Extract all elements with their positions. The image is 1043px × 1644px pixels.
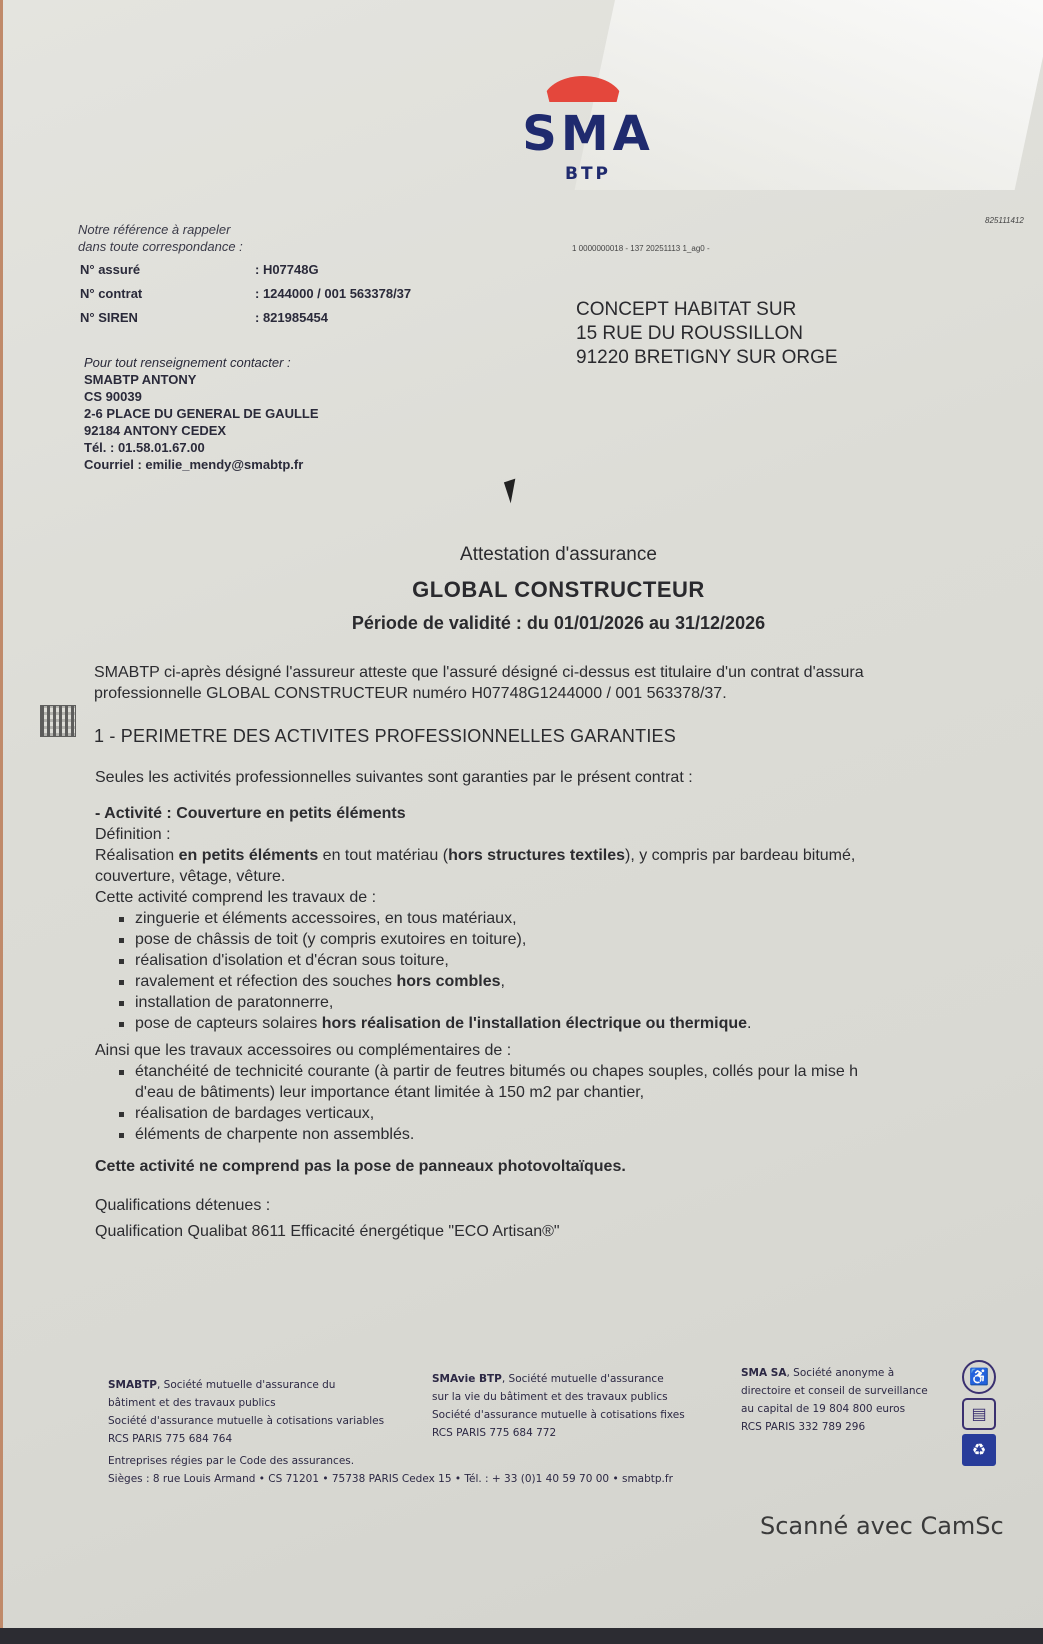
- logo-text: SMA: [493, 106, 683, 162]
- reference-row-contract: N° contrat : 1244000 / 001 563378/37: [80, 286, 142, 301]
- section-heading: 1 - PERIMETRE DES ACTIVITES PROFESSIONNE…: [94, 726, 676, 747]
- qualification: Qualification Qualibat 8611 Efficacité é…: [95, 1221, 560, 1242]
- recipient-address: CONCEPT HABITAT SUR 15 RUE DU ROUSSILLON…: [576, 298, 838, 370]
- page-edge: [0, 0, 3, 1644]
- mouse-cursor-icon: [504, 479, 522, 504]
- list-item: pose de châssis de toit (y compris exuto…: [115, 929, 855, 950]
- qualifications-label: Qualifications détenues :: [95, 1195, 270, 1216]
- footer-icons: ♿ ▤ ♻: [962, 1360, 1002, 1470]
- routing-code: 1 0000000018 - 137 20251113 1_ag0 -: [572, 244, 710, 253]
- includes-list: zinguerie et éléments accessoires, en to…: [115, 908, 855, 1034]
- list-item: étanchéité de technicité courante (à par…: [115, 1061, 858, 1103]
- footer-col-smavie: SMAvie BTP, Société mutuelle d'assurance…: [432, 1370, 685, 1442]
- recycle-bin-icon: ♻: [962, 1434, 996, 1466]
- list-item: ravalement et réfection des souches hors…: [115, 971, 855, 992]
- footer-col-smasa: SMA SA, Société anonyme à directoire et …: [741, 1364, 928, 1436]
- logo-subtext: BTP: [493, 164, 683, 184]
- scanner-watermark: Scanné avec CamSc: [760, 1512, 1004, 1540]
- activity-title: - Activité : Couverture en petits élémen…: [95, 803, 855, 824]
- list-item: installation de paratonnerre,: [115, 992, 855, 1013]
- photo-background-band: [0, 1628, 1043, 1644]
- corner-code: 825111412: [985, 216, 1024, 225]
- footer-col-smabtp: SMABTP, Société mutuelle d'assurance du …: [108, 1376, 384, 1448]
- list-item: réalisation d'isolation et d'écran sous …: [115, 950, 855, 971]
- list-item: zinguerie et éléments accessoires, en to…: [115, 908, 855, 929]
- intro-paragraph: SMABTP ci-après désigné l'assureur attes…: [94, 662, 864, 704]
- activity-block: - Activité : Couverture en petits élémen…: [95, 803, 855, 1034]
- accessory-block: Ainsi que les travaux accessoires ou com…: [95, 1040, 858, 1145]
- document-icon: ▤: [962, 1398, 996, 1430]
- section-lead: Seules les activités professionnelles su…: [95, 767, 693, 788]
- accessory-list: étanchéité de technicité courante (à par…: [115, 1061, 858, 1145]
- sma-btp-logo: SMA BTP: [493, 76, 683, 186]
- definition-text: Réalisation en petits éléments en tout m…: [95, 845, 855, 866]
- list-item: réalisation de bardages verticaux,: [115, 1103, 858, 1124]
- validity-period: Période de validité : du 01/01/2026 au 3…: [0, 613, 1043, 634]
- reference-intro: Notre référence à rappeler dans toute co…: [78, 221, 243, 255]
- logo-arc-icon: [543, 76, 623, 102]
- exclusion-note: Cette activité ne comprend pas la pose d…: [95, 1156, 626, 1177]
- reference-row-insured: N° assuré : H07748G: [80, 262, 140, 277]
- contact-email: Courriel : emilie_mendy@smabtp.fr: [84, 456, 319, 473]
- datamatrix-code-icon: [40, 705, 76, 737]
- list-item: pose de capteurs solaires hors réalisati…: [115, 1013, 855, 1034]
- product-title: GLOBAL CONSTRUCTEUR: [0, 577, 1043, 603]
- document-title: Attestation d'assurance: [0, 544, 1043, 566]
- reference-row-siren: N° SIREN : 821985454: [80, 310, 138, 325]
- list-item: éléments de charpente non assemblés.: [115, 1124, 858, 1145]
- contact-block: Pour tout renseignement contacter : SMAB…: [84, 354, 319, 473]
- accessibility-icon: ♿: [962, 1360, 996, 1394]
- footer-legal: Entreprises régies par le Code des assur…: [108, 1452, 673, 1488]
- footer-seat: Sièges : 8 rue Louis Armand • CS 71201 •…: [108, 1470, 673, 1488]
